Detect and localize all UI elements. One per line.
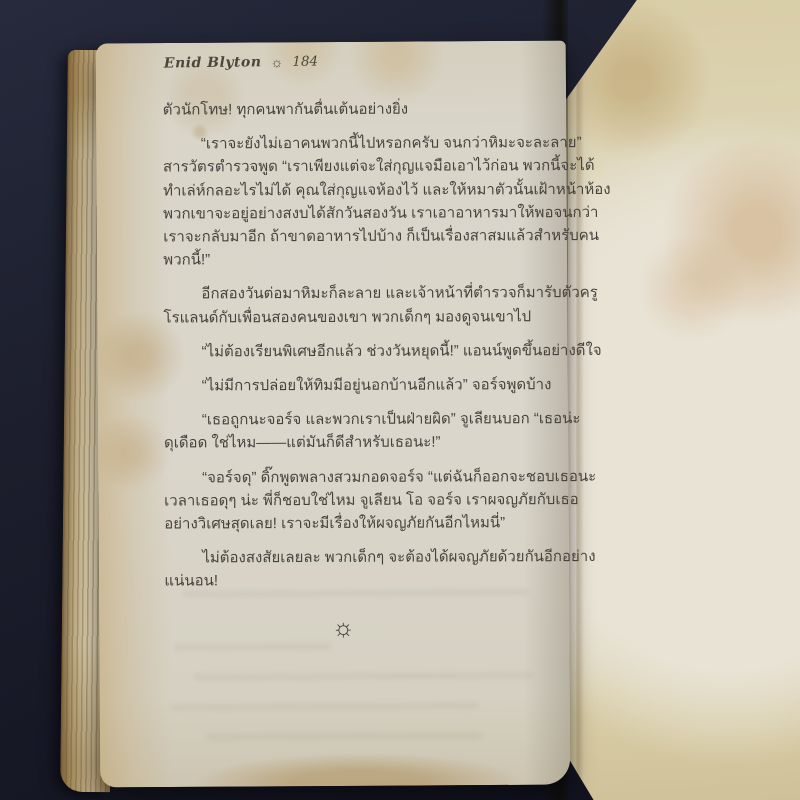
paragraph: “ไม่ต้องเรียนพิเศษอีกแล้ว ช่วงวันหยุดนี้… (164, 339, 558, 364)
text-line: อีกสองวันต่อมาหิมะก็ละลาย และเจ้าหน้าที่… (163, 282, 557, 307)
text-line: พวกเขาจะอยู่อย่างสงบได้สักวันสองวัน เราเ… (163, 201, 557, 226)
text-line: “ไม่ต้องเรียนพิเศษอีกแล้ว ช่วงวันหยุดนี้… (164, 339, 558, 364)
page-text: ตัวนักโทษ! ทุกคนพากันตื่นเต้นอย่างยิ่ง“เ… (163, 97, 559, 604)
right-blank-page (560, 0, 800, 800)
text-line: ไม่ต้องสงสัยเลยละ พวกเด็กๆ จะต้องได้ผจญภ… (164, 545, 558, 570)
paragraph: “เธอถูกนะจอร์จ และพวกเราเป็นฝ่ายผิด” จูเ… (164, 407, 558, 455)
text-line: ทำเล่ห์กลอะไรไม่ได้ คุณใส่กุญแจห้องไว้ แ… (163, 178, 557, 203)
page-number: 184 (292, 54, 318, 70)
text-line: เวลาเธอดุๆ น่ะ พี่ก็ชอบใช่ไหม จูเลียน โอ… (164, 488, 558, 513)
left-text-page: Enid Blyton ☼ 184 ตัวนักโทษ! ทุกคนพากันต… (96, 41, 571, 788)
text-line: พวกนี้!” (163, 247, 557, 272)
text-line: โรแลนด์กับเพื่อนสองคนของเขา พวกเด็กๆ มอง… (163, 305, 557, 330)
text-line: “จอร์จดุ” ดิ๊กพูดพลางสวมกอดจอร์จ “แต่ฉัน… (164, 465, 558, 490)
author-signature: Enid Blyton (164, 54, 262, 71)
paragraph: ไม่ต้องสงสัยเลยละ พวกเด็กๆ จะต้องได้ผจญภ… (164, 545, 558, 593)
sun-ornament-icon: ☼ (270, 55, 283, 69)
text-line: “เราจะยังไม่เอาคนพวกนี้ไปหรอกครับ จนกว่า… (163, 131, 557, 156)
text-line: สารวัตรตำรวจพูด “เราเพียงแต่จะใส่กุญแจมื… (163, 155, 557, 180)
paragraph: “ไม่มีการปล่อยให้ทิมมีอยู่นอกบ้านอีกแล้ว… (164, 373, 558, 398)
show-through-line (205, 732, 482, 741)
show-through-line (181, 589, 530, 598)
show-through-line (193, 672, 534, 681)
text-line: ตัวนักโทษ! ทุกคนพากันตื่นเต้นอย่างยิ่ง (163, 97, 557, 122)
text-line: เราจะกลับมาอีก ถ้าขาดอาหารไปบ้าง ก็เป็นเ… (163, 224, 557, 249)
page-header-folio: Enid Blyton ☼ 184 (164, 54, 318, 72)
show-through-line (170, 702, 479, 711)
show-through-text (157, 589, 554, 764)
paragraph: “เราจะยังไม่เอาคนพวกนี้ไปหรอกครับ จนกว่า… (163, 131, 557, 272)
text-line: “ไม่มีการปล่อยให้ทิมมีอยู่นอกบ้านอีกแล้ว… (164, 373, 558, 398)
text-line: ดุเดือด ใช่ไหม——แต่มันก็ดีสำหรับเธอนะ!” (164, 431, 558, 456)
paragraph: “จอร์จดุ” ดิ๊กพูดพลางสวมกอดจอร์จ “แต่ฉัน… (164, 465, 558, 536)
show-through-line (173, 643, 331, 651)
text-line: “เธอถูกนะจอร์จ และพวกเราเป็นฝ่ายผิด” จูเ… (164, 407, 558, 432)
text-line: อย่างวิเศษสุดเลย! เราจะมีเรื่องให้ผจญภัย… (164, 511, 558, 536)
photo-background: Enid Blyton ☼ 184 ตัวนักโทษ! ทุกคนพากันต… (0, 0, 800, 800)
paragraph: ตัวนักโทษ! ทุกคนพากันตื่นเต้นอย่างยิ่ง (163, 97, 557, 122)
paragraph: อีกสองวันต่อมาหิมะก็ละลาย และเจ้าหน้าที่… (163, 282, 557, 330)
